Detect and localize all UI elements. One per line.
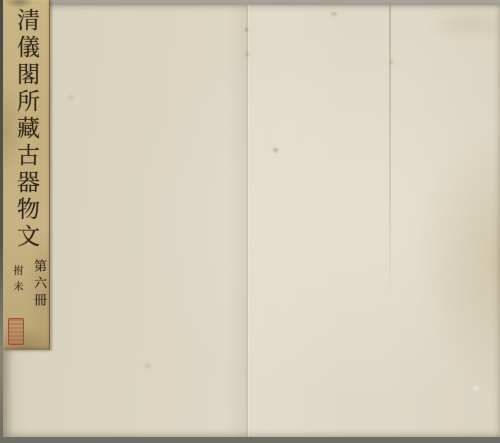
album-cover — [2, 5, 500, 437]
cover-right-panel — [248, 5, 500, 437]
foxing-spot — [144, 363, 151, 368]
center-fold-crease — [246, 5, 249, 437]
slip-volume-text: 第六冊 — [31, 255, 48, 313]
title-slip: 清儀閣所藏古器物文 第六冊 拊未 — [3, 0, 50, 350]
slip-title-text: 清儀閣所藏古器物文 — [3, 3, 49, 255]
foxing-spot — [68, 95, 74, 100]
photo-backdrop: 清儀閣所藏古器物文 第六冊 拊未 — [0, 0, 500, 443]
slip-annotation-text: 拊未 — [9, 265, 24, 305]
slip-drop-shadow — [3, 350, 13, 435]
foxing-spot — [246, 53, 249, 56]
collector-seal-stamp — [8, 318, 24, 345]
secondary-crease — [389, 5, 391, 305]
photo-left-edge — [0, 0, 3, 443]
foxing-spot — [245, 28, 248, 31]
foxing-spot — [273, 148, 278, 152]
foxing-spot — [331, 12, 337, 16]
foxing-spot — [473, 386, 479, 391]
foxing-spot — [390, 60, 393, 64]
